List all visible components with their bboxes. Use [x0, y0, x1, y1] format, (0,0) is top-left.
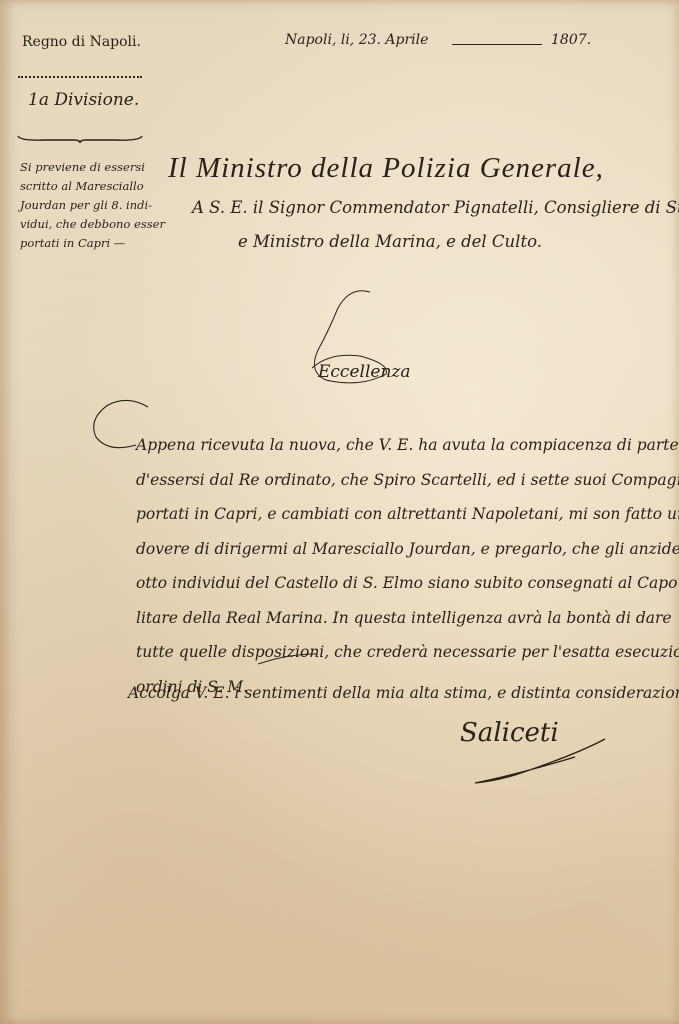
- margin-note-line: portati in Capri —: [20, 234, 150, 253]
- body-line: portati in Capri, e cambiati con altrett…: [136, 497, 666, 532]
- body-line: dovere di dirigermi al Maresciallo Jourd…: [136, 532, 666, 567]
- kingdom-header: Regno di Napoli.: [22, 34, 141, 50]
- closing-formula: Accolga V. E. i sentimenti della mia alt…: [128, 684, 679, 702]
- address-line-1: A S. E. il Signor Commendator Pignatelli…: [192, 198, 679, 217]
- letter-title: Il Ministro della Polizia Generale,: [168, 152, 604, 185]
- document-page: Regno di Napoli. 1a Divisione. Napoli, l…: [0, 0, 679, 1024]
- address-line-2: e Ministro della Marina, e del Culto.: [238, 232, 542, 251]
- place-date: Napoli, li, 23. Aprile: [285, 32, 428, 48]
- body-line: d'essersi dal Re ordinato, che Spiro Sca…: [136, 463, 666, 498]
- salutation: Eccellenza: [318, 362, 411, 382]
- body-line: otto individui del Castello di S. Elmo s…: [136, 566, 666, 601]
- date-year: 1807.: [551, 32, 591, 48]
- body-line: Appena ricevuta la nuova, che V. E. ha a…: [136, 428, 666, 463]
- division-header: 1a Divisione.: [28, 90, 139, 110]
- signature-flourish-icon: [455, 735, 625, 785]
- margin-note-line: Jourdan per gli 8. indi-: [20, 196, 150, 215]
- letter-body: Appena ricevuta la nuova, che V. E. ha a…: [136, 428, 666, 704]
- margin-note: Si previene di essersi scritto al Maresc…: [20, 158, 150, 253]
- margin-note-line: vidui, che debbono esser: [20, 215, 150, 234]
- body-line: tutte quelle disposizioni, che crederà n…: [136, 635, 666, 670]
- closing-flourish-line: [258, 652, 318, 666]
- header-divider: [18, 76, 142, 78]
- brace-divider: [16, 134, 144, 144]
- date-dash: [452, 44, 542, 45]
- body-line: litare della Real Marina. In questa inte…: [136, 601, 666, 636]
- margin-note-line: scritto al Maresciallo: [20, 177, 150, 196]
- margin-note-line: Si previene di essersi: [20, 158, 150, 177]
